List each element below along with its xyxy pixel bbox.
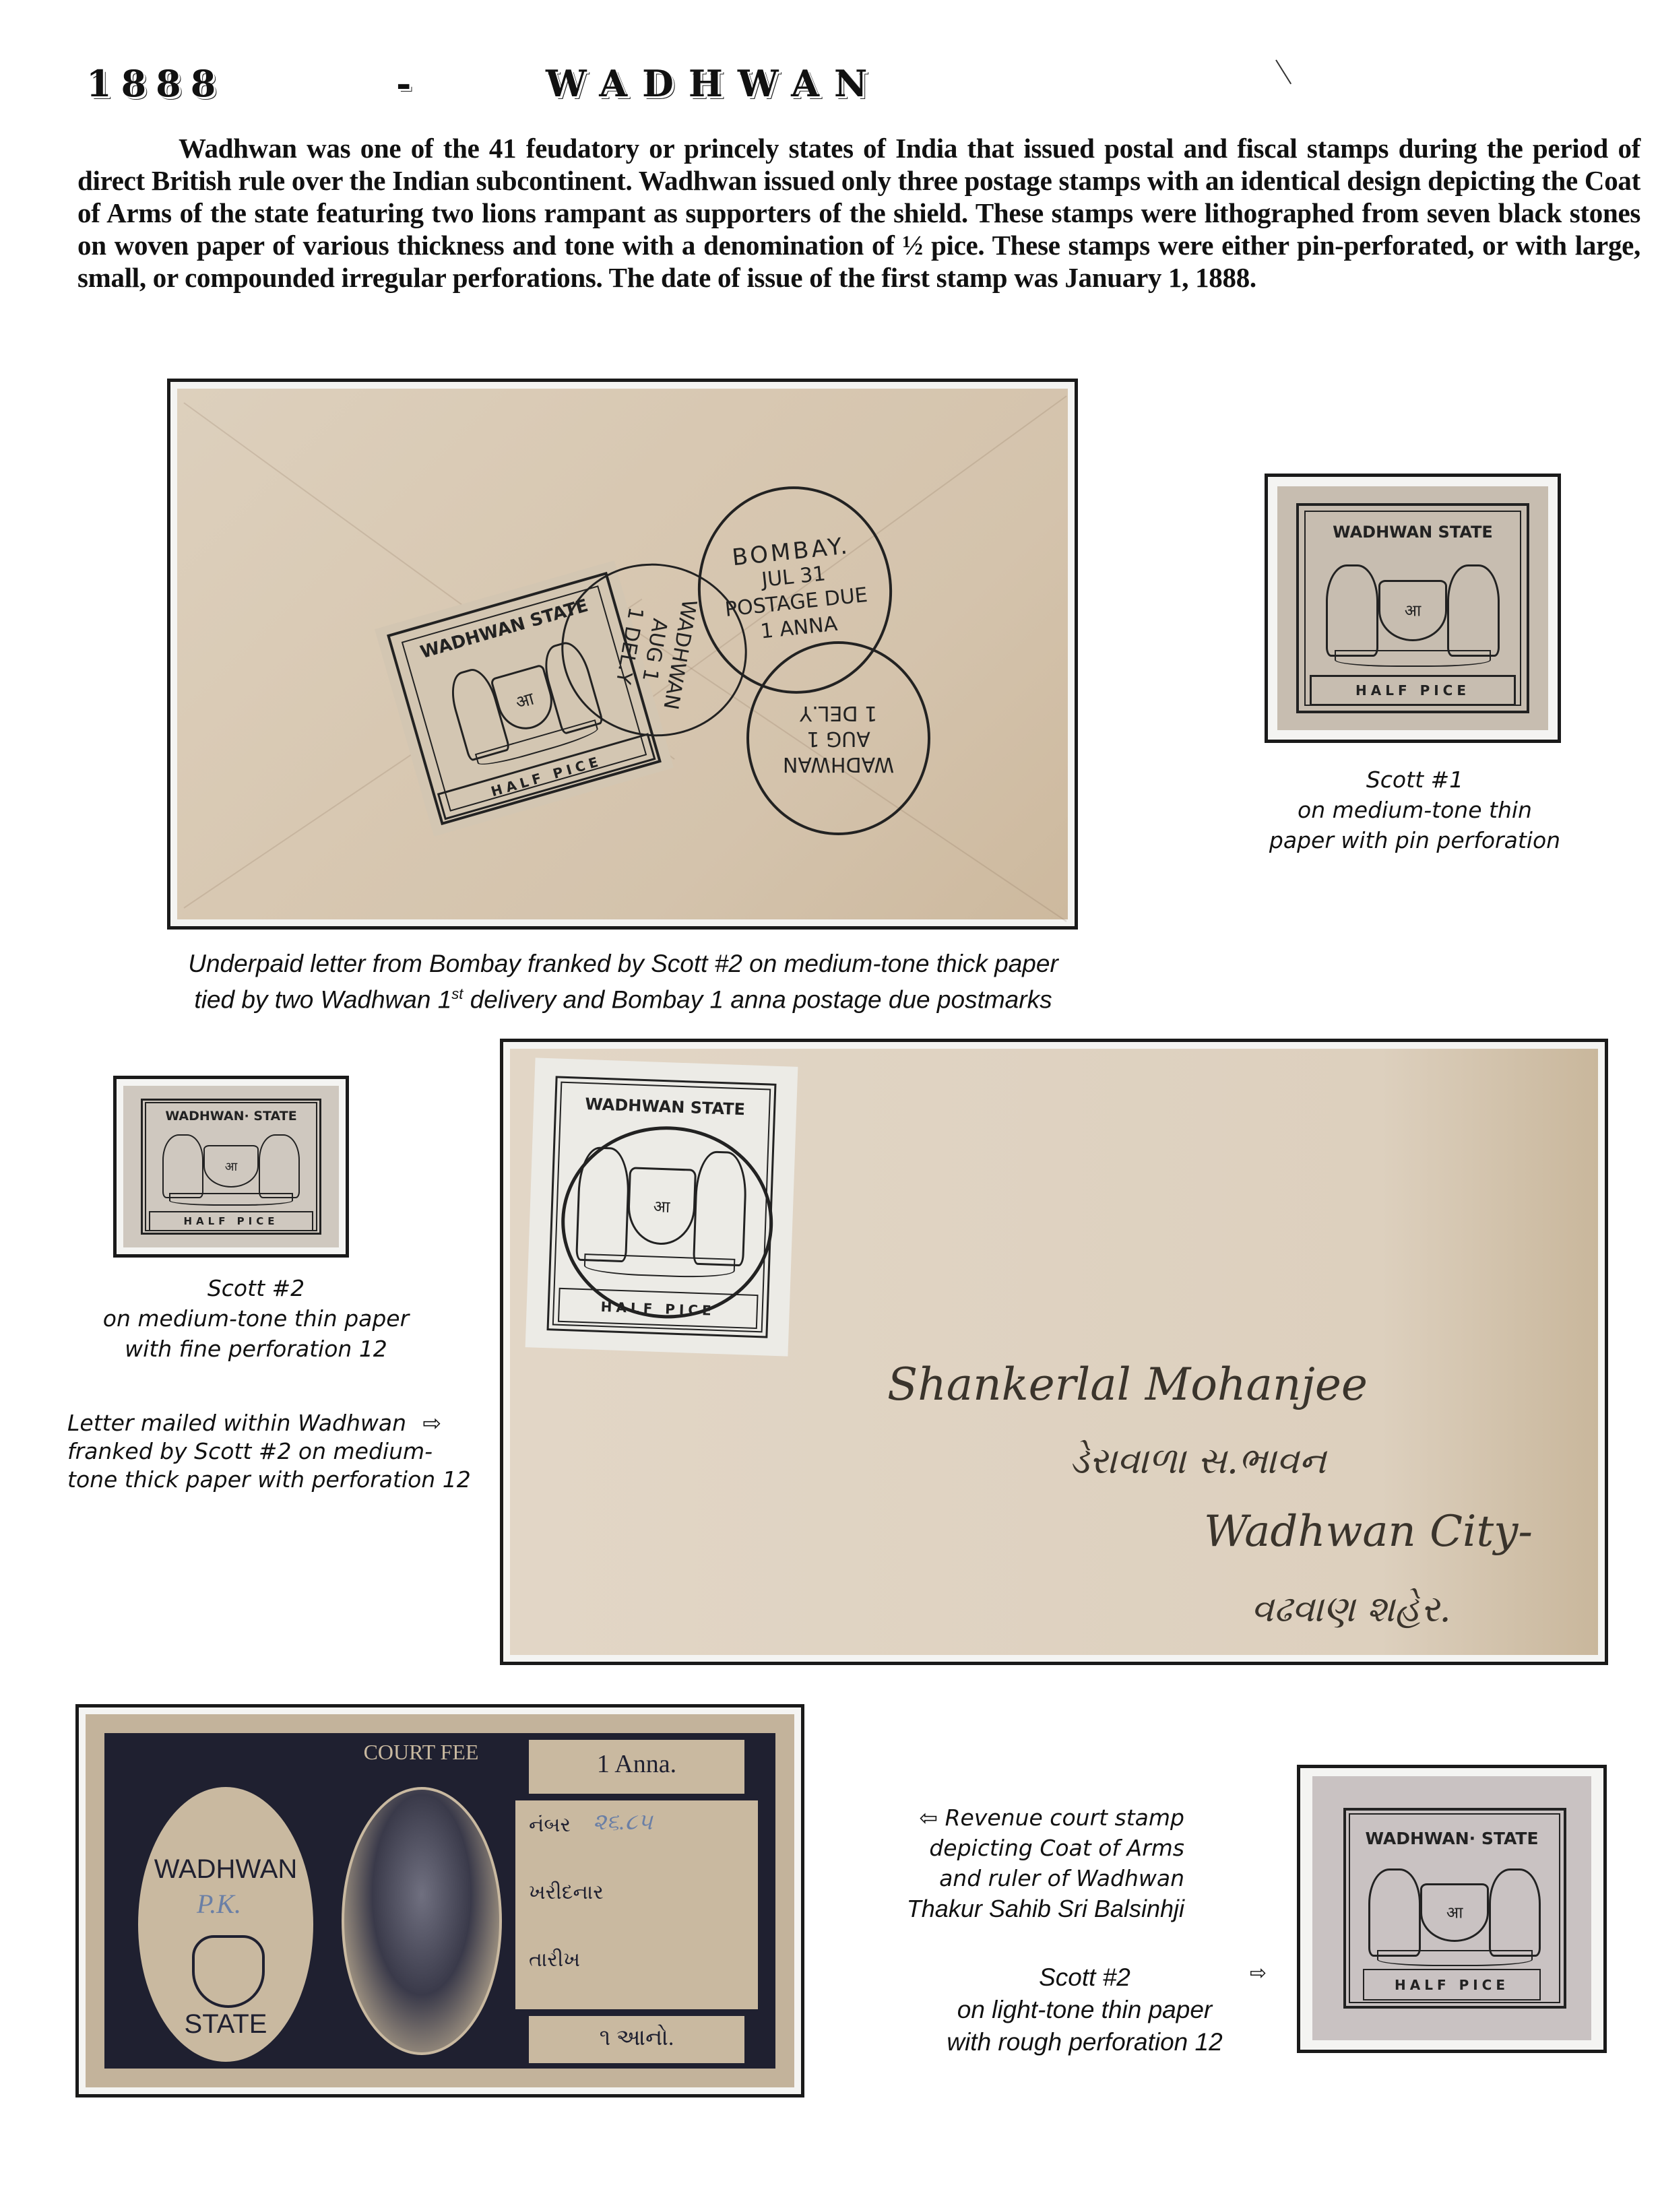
monogram-icon: आ — [1446, 1901, 1463, 1924]
caption-scott2-rough: Scott #2 on light-tone thin paper with r… — [896, 1961, 1273, 2058]
address-line-3: Wadhwan City- — [1204, 1507, 1533, 1557]
portrait-ruler — [342, 1787, 502, 2055]
envelope-front: WADHWAN STATE आ HALF PICE Shankerlal Moh… — [510, 1049, 1598, 1655]
page-title-year: 1888 — [86, 62, 225, 105]
revenue-stamp-mount: WADHWAN P.K. STATE COURT FEE 1 Anna. નંબ… — [75, 1704, 804, 2097]
revenue-state-bottom: STATE — [152, 2009, 300, 2040]
revenue-court-fee-stamp: WADHWAN P.K. STATE COURT FEE 1 Anna. નંબ… — [104, 1733, 775, 2069]
court-fee-label: COURT FEE — [333, 1740, 509, 1765]
cover-wadhwan-local: WADHWAN STATE आ HALF PICE Shankerlal Moh… — [500, 1039, 1608, 1665]
cover-bombay-underpaid: WADHWAN STATE आ HALF PICE BOMBAY. JUL 31… — [167, 379, 1078, 930]
caption-cover-wadhwan: Letter mailed within Wadhwan ⇨ franked b… — [67, 1409, 485, 1494]
caption-scott1: Scott #1 on medium-tone thin paper with … — [1240, 765, 1590, 855]
stamp-mount-scott2-rough: WADHWAN· STATE आ HALF PICE — [1297, 1765, 1607, 2053]
monogram-icon: आ — [1405, 599, 1422, 622]
stamp-scott2-rough: WADHWAN· STATE आ HALF PICE — [1312, 1776, 1591, 2040]
postmark-wadhwan-delivery-2: WADHWAN AUG 1 1 DEL.Y — [746, 641, 930, 835]
monogram-icon: आ — [225, 1159, 237, 1175]
envelope-back: WADHWAN STATE आ HALF PICE BOMBAY. JUL 31… — [177, 389, 1068, 919]
arrow-right-icon: ⇨ — [1250, 1961, 1267, 1985]
revenue-state-top: WADHWAN — [152, 1854, 300, 1885]
arrow-right-icon: ⇨ — [423, 1410, 442, 1436]
stamp-scott1: WADHWAN STATE आ HALF PICE — [1277, 486, 1548, 730]
pen-stroke-mark — [1275, 59, 1291, 84]
intro-paragraph: Wadhwan was one of the 41 feudatory or p… — [77, 132, 1640, 294]
stamp-mount-scott2-fine: WADHWAN· STATE आ HALF PICE — [113, 1076, 349, 1258]
stamp-scott2-fine: WADHWAN· STATE आ HALF PICE — [123, 1086, 339, 1247]
caption-scott2-fine: Scott #2 on medium-tone thin paper with … — [67, 1273, 445, 1364]
value-gujarati: ૧ આનો. — [529, 2025, 744, 2051]
stamp-mount-scott1: WADHWAN STATE आ HALF PICE — [1265, 474, 1561, 743]
arrow-left-icon: ⇦ — [919, 1804, 938, 1831]
caption-cover-bombay: Underpaid letter from Bombay franked by … — [67, 948, 1179, 1014]
address-line-4: વઢવાણ શહેર. — [1251, 1588, 1451, 1631]
pen-initials: P.K. — [179, 1888, 259, 1920]
page-title-state: WADHWAN — [546, 62, 882, 105]
address-line-2: ડેરાવાળા સ.ભાવન — [1069, 1439, 1326, 1483]
address-line-1: Shankerlal Mohanjee — [887, 1359, 1368, 1410]
caption-revenue: ⇦ Revenue court stamp depicting Coat of … — [807, 1802, 1184, 1924]
page-title-separator: - — [396, 62, 420, 105]
stamp-scott2-thick-cancelled: WADHWAN STATE आ HALF PICE — [525, 1058, 798, 1356]
value-english: 1 Anna. — [529, 1749, 744, 1779]
pen-number: ૨૬.૮૫ — [593, 1810, 653, 1835]
coat-of-arms-icon — [192, 1935, 265, 2008]
